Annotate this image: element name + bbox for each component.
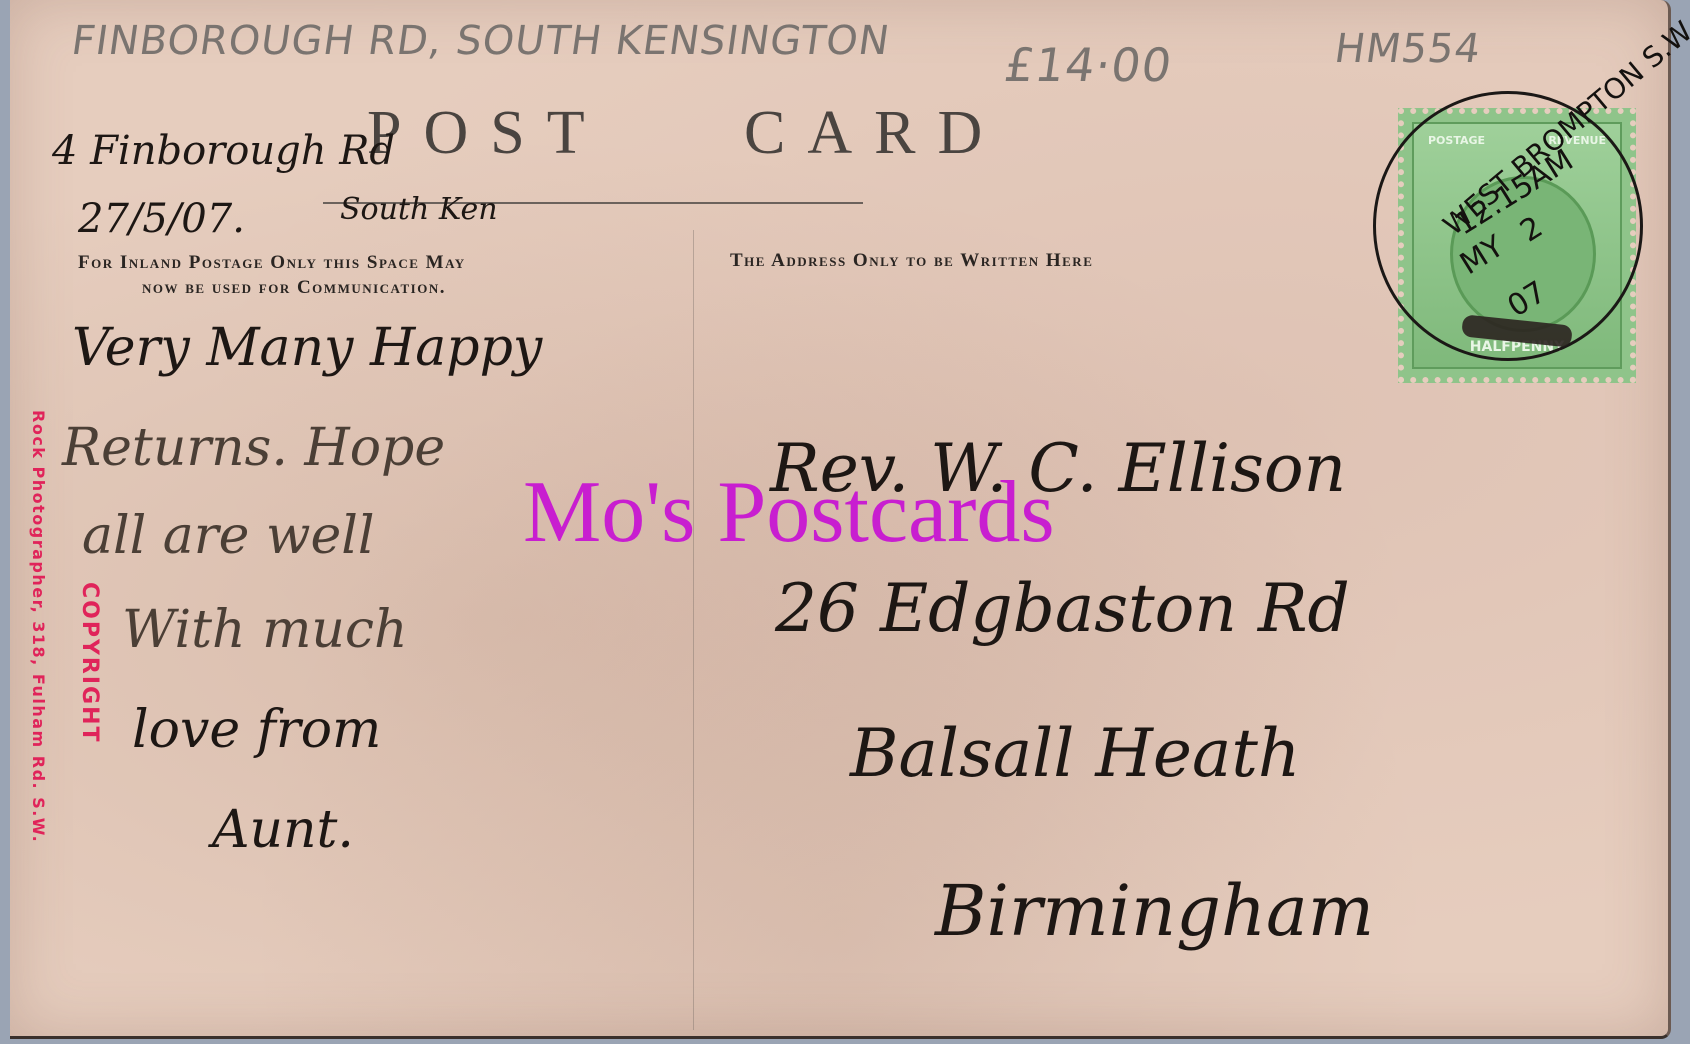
- message-line-2: Returns. Hope: [62, 418, 445, 478]
- message-line-5: love from: [132, 700, 381, 760]
- heading-post: POST: [367, 98, 607, 169]
- heading-card: CARD: [744, 98, 1004, 169]
- publisher-imprint: Rock Photographer, 318, Fulham Rd. S.W.: [29, 410, 48, 843]
- sender-address-line1: 4 Finborough Rd: [52, 128, 395, 174]
- address-line-3: Balsall Heath: [850, 715, 1300, 792]
- pencil-location-note: FINBOROUGH RD, SOUTH KENSINGTON: [69, 18, 893, 64]
- pencil-reference-note: HM554: [1332, 26, 1484, 72]
- message-line-3: all are well: [82, 506, 375, 566]
- message-line-1: Very Many Happy: [72, 318, 542, 378]
- sender-address-line2: South Ken: [340, 192, 498, 227]
- message-line-6: Aunt.: [212, 800, 354, 860]
- printed-instruction-right: The Address Only to be Written Here: [730, 250, 1093, 272]
- message-line-4: With much: [122, 600, 408, 660]
- copyright-imprint: COPYRIGHT: [77, 582, 102, 744]
- address-line-2: 26 Edgbaston Rd: [775, 570, 1350, 647]
- printed-instruction-left-line2: now be used for Communication.: [142, 277, 446, 299]
- sender-date: 27/5/07.: [78, 196, 245, 242]
- center-divider: [693, 230, 694, 1030]
- printed-instruction-left-line1: For Inland Postage Only this Space May: [78, 252, 466, 274]
- address-line-4: Birmingham: [935, 870, 1374, 952]
- pencil-price-note: £14·00: [1001, 38, 1176, 92]
- postcard-back: FINBOROUGH RD, SOUTH KENSINGTON £14·00 H…: [10, 0, 1671, 1039]
- watermark: Mo's Postcards: [523, 462, 1055, 563]
